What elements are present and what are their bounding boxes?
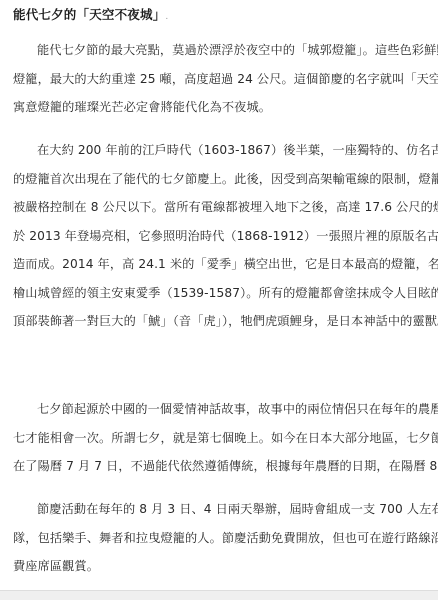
paragraph-2: 在大約 200 年前的江戶時代（1603-1867）後半葉，一座獨特的、仿名古屋… — [13, 136, 425, 336]
paragraph-line: 於 2013 年登場亮相，它參照明治時代（1868-1912）一張照片裡的原版名… — [13, 222, 425, 251]
paragraph-line: 能代七夕節的最大亮點，莫過於漂浮於夜空中的「城郭燈籠」。這些色彩鮮豔的手繪 — [13, 36, 425, 65]
bottom-bar — [0, 590, 438, 600]
paragraph-3: 七夕節起源於中國的一個愛情神話故事，故事中的兩位情侶只在每年的農曆七月初 七才能… — [13, 395, 425, 481]
paragraph-1: 能代七夕節的最大亮點，莫過於漂浮於夜空中的「城郭燈籠」。這些色彩鮮豔的手繪 燈籠… — [13, 36, 425, 122]
article-title-text: 能代七夕的「天空不夜城」 — [13, 7, 165, 22]
document-page: 能代七夕的「天空不夜城」. 能代七夕節的最大亮點，莫過於漂浮於夜空中的「城郭燈籠… — [0, 0, 438, 590]
paragraph-line: 被嚴格控制在 8 公尺以下。當所有電線都被埋入地下之後，高達 17.6 公尺的燈… — [13, 193, 425, 222]
paragraph-line: 在大約 200 年前的江戶時代（1603-1867）後半葉，一座獨特的、仿名古屋… — [13, 136, 425, 165]
paragraph-line: 的燈籠首次出現在了能代的七夕節慶上。此後，因受到高架輸電線的限制，燈籠的高度 — [13, 165, 425, 194]
paragraph-line: 費座席區觀賞。 — [13, 552, 425, 581]
paragraph-line: 七夕節起源於中國的一個愛情神話故事，故事中的兩位情侶只在每年的農曆七月初 — [13, 395, 425, 424]
paragraph-line: 七才能相會一次。所謂七夕，就是第七個晚上。如今在日本大部分地區，七夕節都被放 — [13, 424, 425, 453]
paragraph-line: 檜山城曾經的領主安東愛季（1539-1587）。所有的燈籠都會塗抹成令人目眩的鮮… — [13, 279, 425, 308]
paragraph-line: 節慶活動在每年的 8 月 3 日、4 日兩天舉辦，屆時會組成一支 700 人左右… — [13, 495, 425, 524]
article-title: 能代七夕的「天空不夜城」. — [13, 5, 168, 23]
paragraph-line: 寓意燈籠的璀璨光芒必定會將能代化為不夜城。 — [13, 93, 425, 122]
paragraph-line: 燈籠，最大的大約重達 25 噸，高度超過 24 公尺。這個節慶的名字就叫「天空不… — [13, 65, 425, 94]
paragraph-line: 在了陽曆 7 月 7 日，不過能代依然遵循傳統，根據每年農曆的日期，在陽曆 8 … — [13, 452, 425, 481]
paragraph-line: 頂部裝飾著一對巨大的「鯱」（音「虎」），牠們虎頭鯉身，是日本神話中的靈獸。 — [13, 307, 425, 336]
paragraph-line: 造而成。2014 年，高 24.1 米的「愛季」橫空出世，它是日本最高的燈籠，名… — [13, 250, 425, 279]
paragraph-line: 隊，包括樂手、舞者和拉曳燈籠的人。節慶活動免費開放，但也可在遊行路線沿途的收 — [13, 524, 425, 553]
title-trailing-mark: . — [165, 12, 168, 22]
paragraph-4: 節慶活動在每年的 8 月 3 日、4 日兩天舉辦，屆時會組成一支 700 人左右… — [13, 495, 425, 581]
